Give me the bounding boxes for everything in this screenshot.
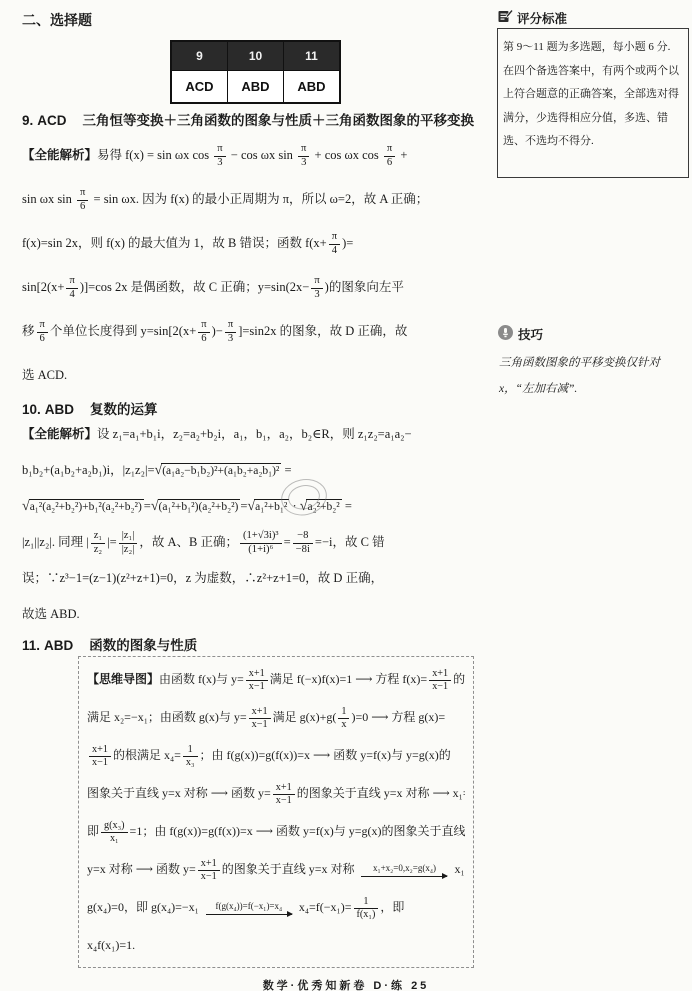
question-topic: 三角恒等变换＋三角函数的图象与性质＋三角函数图象的平移变换 <box>83 113 475 128</box>
section-title: 二、选择题 <box>22 10 92 30</box>
formula-line: 图象关于直线 y=x 对称 ⟶ 函数 y=x+1x−1的图象关于直线 y=x 对… <box>87 774 465 812</box>
formula-line: x₄f(x₁)=1. <box>87 926 465 964</box>
question-9-solution: 【全能解析】易得 f(x) = sin ωx cos π3 − cos ωx s… <box>22 133 484 397</box>
question-topic: 复数的运算 <box>90 402 158 417</box>
question-answer: ABD <box>44 638 73 653</box>
formula-line: 满足 x₂=−x₁；由函数 g(x)与 y=x+1x−1满足 g(x)+g(1x… <box>87 698 465 736</box>
question-number: 10. <box>22 402 41 417</box>
formula-line: 误；∵z³−1=(z−1)(z²+z+1)=0，z 为虚数，∴z²+z+1=0，… <box>22 560 484 596</box>
answer-table-answer-cell: ACD <box>171 71 228 104</box>
formula-line: 【全能解析】设 z₁=a₁+b₁i，z₂=a₂+b₂i，a₁，b₁，a₂，b₂∈… <box>22 416 484 452</box>
formula-line: sin ωx sin π6 = sin ωx. 因为 f(x) 的最小正周期为 … <box>22 177 484 221</box>
answer-table-header-row: 9 10 11 <box>171 41 340 71</box>
formula-line: |z₁||z₂|. 同理 |z₁z₂|=|z₁||z₂|，故 A、B 正确；(1… <box>22 524 484 560</box>
page-footer: 数学·优秀知新卷 D·练 25 <box>0 977 692 991</box>
question-9-heading: 9.ACD三角恒等变换＋三角函数的图象与性质＋三角函数图象的平移变换 <box>22 109 474 129</box>
answer-table-header-cell: 10 <box>228 41 284 71</box>
formula-line: sin[2(x+π4)]=cos 2x 是偶函数，故 C 正确；y=sin(2x… <box>22 265 484 309</box>
badge-lamp-icon <box>497 324 514 344</box>
formula-line: 移π6个单位长度得到 y=sin[2(x+π6)−π3]=sin2x 的图象，故… <box>22 309 484 353</box>
tip-title: 技巧 <box>497 324 543 344</box>
formula-line: √a₁²(a₂²+b₂²)+b₁²(a₂²+b₂²)=√(a₁²+b₁²)(a₂… <box>22 488 484 524</box>
formula-line: f(x)=sin 2x，则 f(x) 的最大值为 1，故 B 错误；函数 f(x… <box>22 221 484 265</box>
answer-table-answer-row: ACD ABD ABD <box>171 71 340 104</box>
question-number: 11. <box>22 638 40 653</box>
formula-line: g(x₄)=0，即 g(x₄)=−x₁ f(g(x₄))=f(−x₁)=x₄ x… <box>87 888 465 926</box>
formula-line: 故选 ABD. <box>22 596 484 632</box>
scoring-standard-text: 第 9～11 题为多选题，每小题 6 分. 在四个备选答案中，有两个或两个以上符… <box>503 36 683 154</box>
mindmap-box: 【思维导图】由函数 f(x)与 y=x+1x−1满足 f(−x)f(x)=1 ⟶… <box>78 656 474 968</box>
question-10-solution: 【全能解析】设 z₁=a₁+b₁i，z₂=a₂+b₂i，a₁，b₁，a₂，b₂∈… <box>22 416 484 632</box>
tip-text: 三角函数图象的平移变换仅针对 x，“左加右减”. <box>499 350 681 402</box>
answer-table-answer-cell: ABD <box>284 71 341 104</box>
tip-label: 技巧 <box>518 325 543 343</box>
formula-line: 【思维导图】由函数 f(x)与 y=x+1x−1满足 f(−x)f(x)=1 ⟶… <box>87 660 465 698</box>
question-topic: 函数的图象与性质 <box>89 638 197 653</box>
formula-line: b₁b₂+(a₁b₂+a₂b₁)i，|z₁z₂|=√(a₁a₂−b₁b₂)²+(… <box>22 452 484 488</box>
formula-line: 【全能解析】易得 f(x) = sin ωx cos π3 − cos ωx s… <box>22 133 484 177</box>
question-10-heading: 10.ABD复数的运算 <box>22 398 158 418</box>
question-answer: ABD <box>45 402 74 417</box>
answer-table-answer-cell: ABD <box>228 71 284 104</box>
answer-table-header-cell: 9 <box>171 41 228 71</box>
answer-table: 9 10 11 ACD ABD ABD <box>170 40 341 104</box>
formula-line: 选 ACD. <box>22 353 484 397</box>
notepad-pencil-icon <box>497 8 513 27</box>
formula-line: 即g(x₃)x₁=1；由 f(g(x))=g(f(x))=x ⟶ 函数 y=f(… <box>87 812 465 850</box>
formula-line: x+1x−1的根满足 x₄=1x₃；由 f(g(x))=g(f(x))=x ⟶ … <box>87 736 465 774</box>
answer-table-header-cell: 11 <box>284 41 341 71</box>
scoring-standard-title: 评分标准 <box>497 8 573 27</box>
scoring-standard-label: 评分标准 <box>517 9 567 27</box>
question-11-heading: 11.ABD函数的图象与性质 <box>22 634 197 654</box>
question-number: 9. <box>22 113 33 128</box>
formula-line: y=x 对称 ⟶ 函数 y=x+1x−1的图象关于直线 y=x 对称 x₁+x₂… <box>87 850 465 888</box>
question-answer: ACD <box>37 113 66 128</box>
answer-sheet-page: 二、选择题 9 10 11 ACD ABD ABD 9.ACD三角恒等变换＋三角… <box>0 0 692 991</box>
